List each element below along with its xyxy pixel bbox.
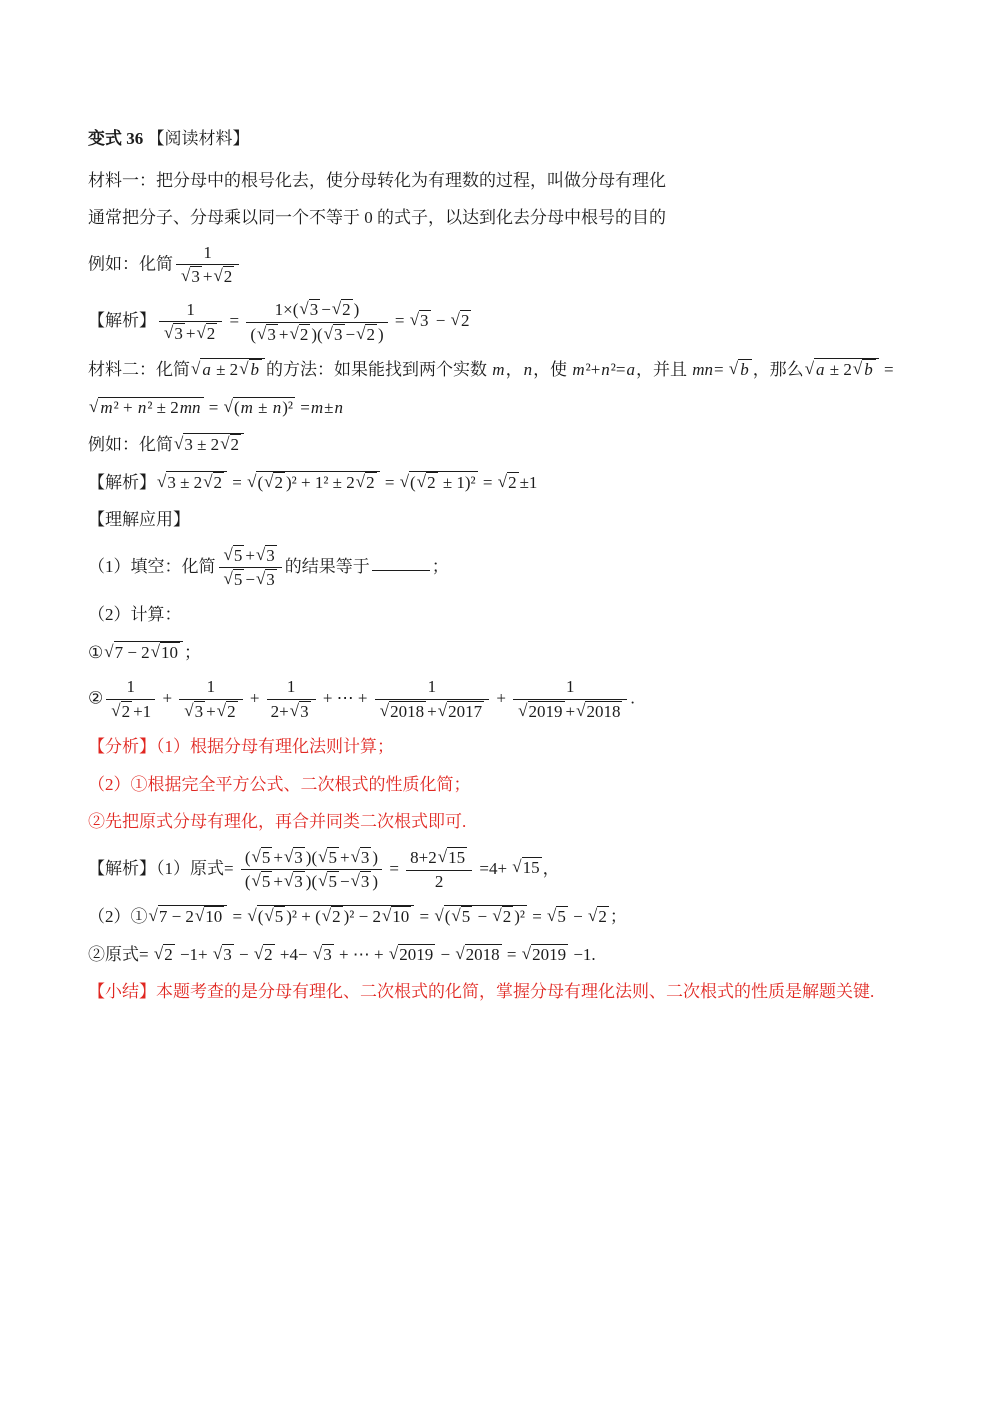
radical-icon: √ (389, 944, 398, 964)
text-run: ( (258, 907, 264, 926)
sqrt-expression: √3 (351, 847, 372, 868)
text-run: （2）计算： (88, 605, 182, 624)
radicand: 3 (190, 266, 202, 287)
text-run: 材料一：把分母中的根号化去，使分母转化为有理数的过程，叫做分母有理化 (88, 171, 666, 190)
text-run: 3 (267, 325, 276, 344)
radical-icon: √ (729, 359, 738, 379)
radicand: 5 (327, 847, 339, 868)
radical-icon: √ (299, 299, 308, 319)
text-run: ① (88, 643, 103, 662)
text-run: 3 ± 2 (184, 435, 219, 454)
math-variable: n (272, 398, 283, 417)
text-run: + (492, 689, 510, 708)
sqrt-expression: √15 (438, 847, 467, 868)
text-run: 2 (231, 435, 240, 454)
text-run: )( (306, 848, 317, 867)
fraction: (√5+√3)(√5+√3)(√5+√3)(√5−√3) (241, 847, 382, 893)
text-run: 5 (234, 570, 243, 589)
text-run: + (246, 689, 264, 708)
text-run: 2 (264, 945, 273, 964)
math-variable: m (571, 360, 585, 379)
radicand: (m ± n)² (233, 397, 295, 418)
sqrt-expression: √2 (417, 472, 438, 493)
text-run: + (245, 546, 255, 565)
radical-icon: √ (382, 906, 391, 926)
radicand: 2019 (398, 944, 435, 965)
text-run: +4− (276, 945, 312, 964)
radical-icon: √ (224, 569, 233, 589)
text-run: )² − 2 (344, 907, 381, 926)
text-run: ( (250, 325, 256, 344)
radicand: b (738, 359, 752, 380)
bold-text: 变式 36 (88, 129, 143, 148)
sqrt-expression: √(√2)² + 1² ± 2√2 (247, 470, 379, 496)
radicand: 3 (360, 871, 372, 892)
sqrt-expression: √2017 (438, 701, 484, 722)
radicand: 2 (163, 944, 175, 965)
text-run: ， (543, 858, 560, 877)
radical-icon: √ (438, 847, 447, 867)
radicand: 3 (299, 701, 311, 722)
text-run: ± 1)² (439, 473, 476, 492)
text-run: 3 (294, 872, 303, 891)
radical-icon: √ (213, 944, 222, 964)
radical-icon: √ (853, 359, 862, 379)
sqrt-expression: √5 (252, 871, 273, 892)
sqrt-expression: √2 (154, 942, 175, 968)
sqrt-expression: √2 (289, 324, 310, 345)
text-run: )² (514, 907, 525, 926)
sqrt-expression: √5 (264, 906, 285, 927)
text-run: ②原式= (88, 945, 153, 964)
radical-icon: √ (254, 944, 263, 964)
radical-icon: √ (522, 944, 531, 964)
text-run: 5 (234, 546, 243, 565)
text-run: 2 (224, 267, 233, 286)
sqrt-expression: √3 (256, 569, 277, 590)
sqrt-expression: √5 (224, 545, 245, 566)
radical-icon: √ (356, 472, 365, 492)
radical-icon: √ (351, 847, 360, 867)
sqrt-expression: √2019 (389, 942, 435, 968)
text-run: ( (257, 473, 263, 492)
radicand: 2 (273, 472, 285, 493)
radicand: 3 (419, 310, 431, 331)
sqrt-expression: √2 (332, 299, 353, 320)
radicand: 5 (461, 906, 473, 927)
radical-icon: √ (498, 472, 507, 492)
sqrt-expression: √(√5)² + (√2)² − 2√10 (247, 904, 414, 930)
radicand: b (862, 359, 876, 380)
radicand: (√5)² + (√2)² − 2√10 (257, 905, 415, 927)
radical-icon: √ (512, 857, 521, 877)
summary: 【小结】本题考查的是分母有理化、二次根式的化简，掌握分母有理化法则、二次根式的性… (88, 979, 953, 1005)
radical-icon: √ (252, 871, 261, 891)
sqrt-expression: √3 (410, 308, 431, 334)
fraction: 1√3+√2 (176, 243, 239, 288)
sqrt-expression: √m² + n² ± 2mn (89, 395, 204, 421)
text-run: ) (372, 872, 378, 891)
radical-icon: √ (89, 397, 98, 417)
radicand: 3 (293, 871, 305, 892)
radical-icon: √ (451, 906, 460, 926)
text-run: ， (506, 360, 523, 379)
text-run: = (880, 360, 894, 379)
text-run: ( (445, 907, 451, 926)
radical-icon: √ (289, 324, 298, 344)
radical-icon: √ (164, 323, 173, 343)
solution-part-1: 【解析】（1）原式= (√5+√3)(√5+√3)(√5+√3)(√5−√3) … (88, 847, 953, 893)
solution-part-2-1: （2）①√7 − 2√10 = √(√5)² + (√2)² − 2√10 = … (88, 904, 953, 930)
material1-definition-2: 通常把分子、分母乘以同一个不等于 0 的式子，以达到化去分母中根号的目的 (88, 205, 953, 231)
math-variable: b (863, 360, 874, 379)
radicand: 2019 (531, 944, 568, 965)
sqrt-expression: √3 ± 2√2 (157, 470, 227, 496)
radicand: 5 (233, 569, 245, 590)
text-run: ，使 (533, 360, 571, 379)
denominator: √2019+√2018 (513, 700, 627, 722)
text-run: 10 (161, 643, 178, 662)
text-run: − (432, 311, 450, 330)
radical-icon: √ (547, 906, 556, 926)
text-run: 1 (287, 677, 296, 696)
radical-icon: √ (181, 266, 190, 286)
sqrt-expression: √2 (498, 470, 519, 496)
text-run: 7 − 2 (159, 907, 194, 926)
radical-icon: √ (256, 545, 265, 565)
sqrt-expression: √10 (382, 906, 411, 927)
solution-part-2-2: ②原式= √2 −1+ √3 − √2 +4− √3 + ⋯ + √2019 −… (88, 942, 953, 968)
radical-icon: √ (380, 701, 389, 721)
radical-icon: √ (196, 323, 205, 343)
text-run: 3 (223, 945, 232, 964)
numerator: 1 (179, 677, 242, 699)
sqrt-expression: √2018 (576, 701, 622, 722)
answer-blank (372, 553, 430, 571)
heading: 变式 36 【阅读材料】 (88, 126, 953, 152)
radical-icon: √ (284, 871, 293, 891)
sqrt-expression: √3 (351, 871, 372, 892)
radicand: 3 ± 2√2 (183, 433, 244, 455)
radical-icon: √ (256, 569, 265, 589)
sqrt-expression: √7 − 2√10 (149, 904, 228, 930)
radicand: 2018 (465, 944, 502, 965)
fraction: 1√2019+√2018 (513, 677, 627, 722)
math-variable: b (739, 360, 750, 379)
text-run: 2 (342, 300, 351, 319)
sqrt-expression: √2 (356, 472, 377, 493)
text-run: − (340, 872, 350, 891)
sqrt-expression: √3 (164, 323, 185, 344)
text-run: ± 2 (212, 360, 238, 379)
text-run: )( (311, 325, 322, 344)
numerator: 1 (513, 677, 627, 699)
radical-icon: √ (492, 906, 501, 926)
text-run: 15 (523, 858, 540, 877)
text-run: 3 (420, 311, 429, 330)
radical-icon: √ (332, 299, 341, 319)
radicand: 2 (331, 906, 343, 927)
text-run: 3 (310, 300, 319, 319)
math-variable: n (523, 360, 534, 379)
radicand: 5 (233, 545, 245, 566)
radical-icon: √ (174, 434, 183, 454)
text-run: 2 (366, 473, 375, 492)
radical-icon: √ (252, 847, 261, 867)
text-run: 1×( (275, 300, 299, 319)
text-run: − (235, 945, 253, 964)
sqrt-expression: √b (853, 359, 876, 380)
text-run: )² + 1² ± 2 (286, 473, 355, 492)
radical-icon: √ (324, 324, 333, 344)
math-variable: mn (691, 360, 714, 379)
radicand: 2 (121, 701, 133, 722)
text-run: 2017 (448, 702, 482, 721)
sqrt-expression: √3 (324, 324, 345, 345)
radical-icon: √ (322, 906, 331, 926)
sqrt-expression: √2019 (522, 942, 568, 968)
text-run: − (346, 325, 356, 344)
material1-solution: 【解析】1√3+√2 = 1×(√3−√2)(√3+√2)(√3−√2) = √… (88, 299, 953, 345)
sqrt-expression: √a ± 2√b (191, 357, 265, 383)
radicand: 2 (502, 906, 514, 927)
math-variable: m (310, 398, 324, 417)
text-run: 2 (503, 907, 512, 926)
radical-icon: √ (313, 944, 322, 964)
sqrt-expression: √3 (299, 299, 320, 320)
radical-icon: √ (451, 310, 460, 330)
text-run: 7 − 2 (115, 643, 150, 662)
fraction: 1√3+√2 (159, 300, 222, 345)
sqrt-expression: √3 (181, 266, 202, 287)
radical-icon: √ (217, 701, 226, 721)
sqrt-expression: √2 (451, 308, 472, 334)
math-variable: b (250, 360, 261, 379)
radicand: 2 (230, 434, 242, 455)
text-run: = (391, 311, 409, 330)
radicand: 2 (206, 323, 218, 344)
radicand: 3 (322, 944, 334, 965)
sqrt-expression: √5 (318, 847, 339, 868)
text-run: + (427, 702, 437, 721)
denominator: √2+1 (106, 700, 155, 722)
radical-icon: √ (410, 310, 419, 330)
text-run: = (381, 473, 399, 492)
sqrt-expression: √3 (290, 701, 311, 722)
radical-icon: √ (224, 397, 233, 417)
text-run: 3 (334, 325, 343, 344)
radical-icon: √ (195, 906, 204, 926)
sqrt-expression: √2 (254, 942, 275, 968)
radical-icon: √ (257, 324, 266, 344)
sqrt-expression: √3 ± 2√2 (174, 432, 244, 458)
text-run: 例如：化简 (88, 254, 173, 273)
text-run: 3 (191, 267, 200, 286)
sqrt-expression: √5 (451, 906, 472, 927)
math-variable: mn (179, 398, 202, 417)
sqrt-expression: √2 (264, 472, 285, 493)
denominator: √2018+√2017 (375, 700, 489, 722)
material2-formula: √m² + n² ± 2mn = √(m ± n)² =m±n (88, 395, 953, 421)
text-run: 2 (508, 473, 517, 492)
text-run: 通常把分子、分母乘以同一个不等于 0 的式子，以达到化去分母中根号的目的 (88, 208, 666, 227)
material2-definition: 材料二：化简√a ± 2√b的方法：如果能找到两个实数 m，n，使 m²+n²=… (88, 357, 953, 383)
sqrt-expression: √2 (217, 701, 238, 722)
sqrt-expression: √2019 (518, 701, 564, 722)
radicand: 3 (333, 324, 345, 345)
text-run: = (225, 311, 243, 330)
radicand: 10 (391, 906, 411, 927)
text-run: = (228, 907, 246, 926)
text-run: = (479, 473, 497, 492)
text-run: 5 (462, 907, 471, 926)
radicand: 2 (226, 701, 238, 722)
radical-icon: √ (154, 944, 163, 964)
radical-icon: √ (157, 472, 166, 492)
sqrt-expression: √3 (213, 942, 234, 968)
radical-icon: √ (318, 871, 327, 891)
sqrt-expression: √10 (195, 906, 224, 927)
radical-icon: √ (151, 642, 160, 662)
radicand: (√5 − √2)² (444, 905, 527, 927)
radicand: 2018 (389, 701, 426, 722)
radical-icon: √ (191, 359, 200, 379)
text-run: + (273, 848, 283, 867)
radicand: 10 (160, 642, 180, 663)
text-run: + (566, 702, 576, 721)
radicand: a ± 2√b (200, 358, 265, 380)
sqrt-expression: √2 (492, 906, 513, 927)
text-run: ( (245, 872, 251, 891)
material2-solution: 【解析】√3 ± 2√2 = √(√2)² + 1² ± 2√2 = √(√2 … (88, 470, 953, 496)
text-run: ) (372, 848, 378, 867)
radicand: 3 (265, 545, 277, 566)
analysis-part-2-1: （2）①根据完全平方公式、二次根式的性质化简； (88, 772, 953, 798)
text-run: = (714, 360, 728, 379)
radical-icon: √ (104, 642, 113, 662)
sqrt-expression: √b (729, 357, 752, 383)
text-run: 3 (300, 702, 309, 721)
text-run: )² + ( (286, 907, 321, 926)
text-run: ±1 (520, 473, 538, 492)
radicand: 2 (507, 472, 519, 493)
fraction: √5+√3√5−√3 (219, 545, 282, 591)
radicand: 5 (556, 906, 568, 927)
text-run: − (473, 907, 491, 926)
radical-icon: √ (220, 434, 229, 454)
text-run: 5 (328, 848, 337, 867)
radical-icon: √ (111, 701, 120, 721)
text-run: 8+2 (410, 848, 437, 867)
text-run: 2 (207, 324, 216, 343)
text-run: ) (378, 325, 384, 344)
text-run: = (228, 473, 246, 492)
radical-icon: √ (284, 847, 293, 867)
math-variable: m (491, 360, 505, 379)
sqrt-expression: √5 (224, 569, 245, 590)
text-run: =4+ (475, 858, 511, 877)
text-run: ² ± 2 (147, 398, 178, 417)
radicand: m² + n² ± 2mn (98, 397, 203, 418)
fraction: 1√2018+√2017 (375, 677, 489, 722)
radicand: 7 − 2√10 (158, 905, 227, 927)
text-run: 10 (392, 907, 409, 926)
numerator: 1 (176, 243, 239, 265)
sqrt-expression: √a ± 2√b (805, 357, 879, 383)
text-run: 2 (274, 473, 283, 492)
radicand: 2 (426, 472, 438, 493)
text-run: + ⋯ + (319, 689, 372, 708)
text-run: = (503, 945, 521, 964)
radical-icon: √ (805, 359, 814, 379)
text-run: 2 (227, 702, 236, 721)
document-page: 变式 36 【阅读材料】材料一：把分母中的根号化去，使分母转化为有理数的过程，叫… (0, 0, 993, 1005)
analysis-part-2-2: ②先把原式分母有理化，再合并同类二次根式即可. (88, 809, 953, 835)
radicand: 2 (341, 299, 353, 320)
radicand: 3 (266, 324, 278, 345)
text-run: ； (184, 643, 201, 662)
denominator: √3+√2 (179, 700, 242, 722)
text-run: + (186, 324, 196, 343)
sqrt-expression: √3 (184, 701, 205, 722)
radicand: 2017 (447, 701, 484, 722)
numerator: 1×(√3−√2) (246, 299, 387, 322)
text-run: 10 (205, 907, 222, 926)
text-run: 3 (174, 324, 183, 343)
text-run: + (340, 848, 350, 867)
radicand: 2 (365, 472, 377, 493)
text-run: ，那么 (753, 360, 804, 379)
numerator: (√5+√3)(√5+√3) (241, 847, 382, 870)
text-run: （1）填空：化简 (88, 556, 216, 575)
text-run: ( (234, 398, 240, 417)
text-run: 5 (328, 872, 337, 891)
math-variable: n (137, 398, 148, 417)
text-run: −1. (569, 945, 596, 964)
sqrt-expression: √2018 (455, 942, 501, 968)
text-run: )² (282, 398, 293, 417)
sqrt-expression: √5 (252, 847, 273, 868)
denominator: √3+√2 (159, 322, 222, 344)
radicand: 2 (263, 944, 275, 965)
text-run: 的结果等于 (285, 556, 370, 575)
text-run: ② (88, 689, 103, 708)
radical-icon: √ (247, 906, 256, 926)
radicand: 3 (194, 701, 206, 722)
radicand: 3 (293, 847, 305, 868)
text-run: ； (432, 556, 449, 575)
analysis-part-1: 【分析】（1）根据分母有理化法则计算； (88, 734, 953, 760)
radical-icon: √ (455, 944, 464, 964)
text-run: 5 (557, 907, 566, 926)
radicand: 7 − 2√10 (114, 641, 183, 663)
math-variable: a (201, 360, 212, 379)
text-run: 2018 (390, 702, 424, 721)
fraction: 8+2√152 (406, 847, 472, 892)
text-run: 【理解应用】 (88, 510, 190, 529)
text-run: 例如：化简 (88, 435, 173, 454)
text-run: 2019 (529, 702, 563, 721)
material1-example: 例如：化简1√3+√2 (88, 243, 953, 288)
radical-icon: √ (351, 871, 360, 891)
radicand: 5 (274, 906, 286, 927)
text-run: 【阅读材料】 (143, 129, 249, 148)
text-run: + ⋯ + (335, 945, 388, 964)
text-run: 3 (266, 546, 275, 565)
math-variable: a (815, 360, 826, 379)
text-run: . (630, 689, 634, 708)
radical-icon: √ (184, 701, 193, 721)
